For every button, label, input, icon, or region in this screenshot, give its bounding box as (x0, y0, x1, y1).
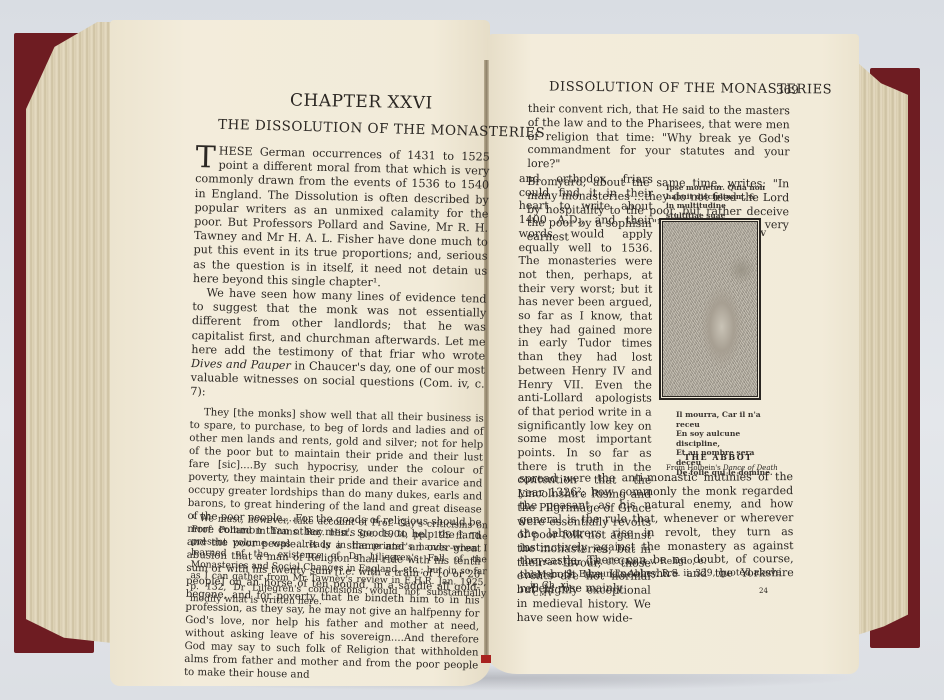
verse-line: En soy aulcune discipline, (676, 429, 776, 448)
footnote-2: ² Mem. St Edmund's Abbey, R.S. ii, 329, … (530, 566, 790, 591)
paragraph-1: THESE German occurrences of 1431 to 1525… (193, 144, 490, 293)
signature-mark: CMV (533, 590, 554, 598)
lead-word: HESE (219, 145, 253, 159)
page-edges-left (26, 22, 121, 644)
quote-continuation: their convent rich, that He said to the … (527, 102, 790, 173)
paragraph-1-text: German occurrences of 1431 to 1525 point… (193, 145, 490, 289)
paragraph-2-text-a: We have seen how many lines of evidence … (191, 286, 487, 362)
left-footnote: ¹ We must, however, take account of Prof… (190, 513, 488, 611)
book-title-dives-and-pauper: Dives and Pauper (191, 357, 291, 372)
right-footnotes: ¹ Tract. Jur. Civ. et Can. s.v. Religio,… (530, 555, 790, 592)
page-number: 369 (776, 83, 799, 97)
headband (481, 655, 491, 663)
figure-title: THE ABBOT (684, 452, 753, 462)
drop-cap: T (195, 145, 216, 171)
chapter-label: CHAPTER XXVI (290, 91, 433, 114)
woodcut-illustration-abbot (659, 218, 761, 400)
paragraph-2: We have seen how many lines of evidence … (190, 286, 487, 406)
verse-line: Il mourra, Car il n'a receu (676, 410, 776, 429)
signature-number: 24 (759, 587, 768, 595)
